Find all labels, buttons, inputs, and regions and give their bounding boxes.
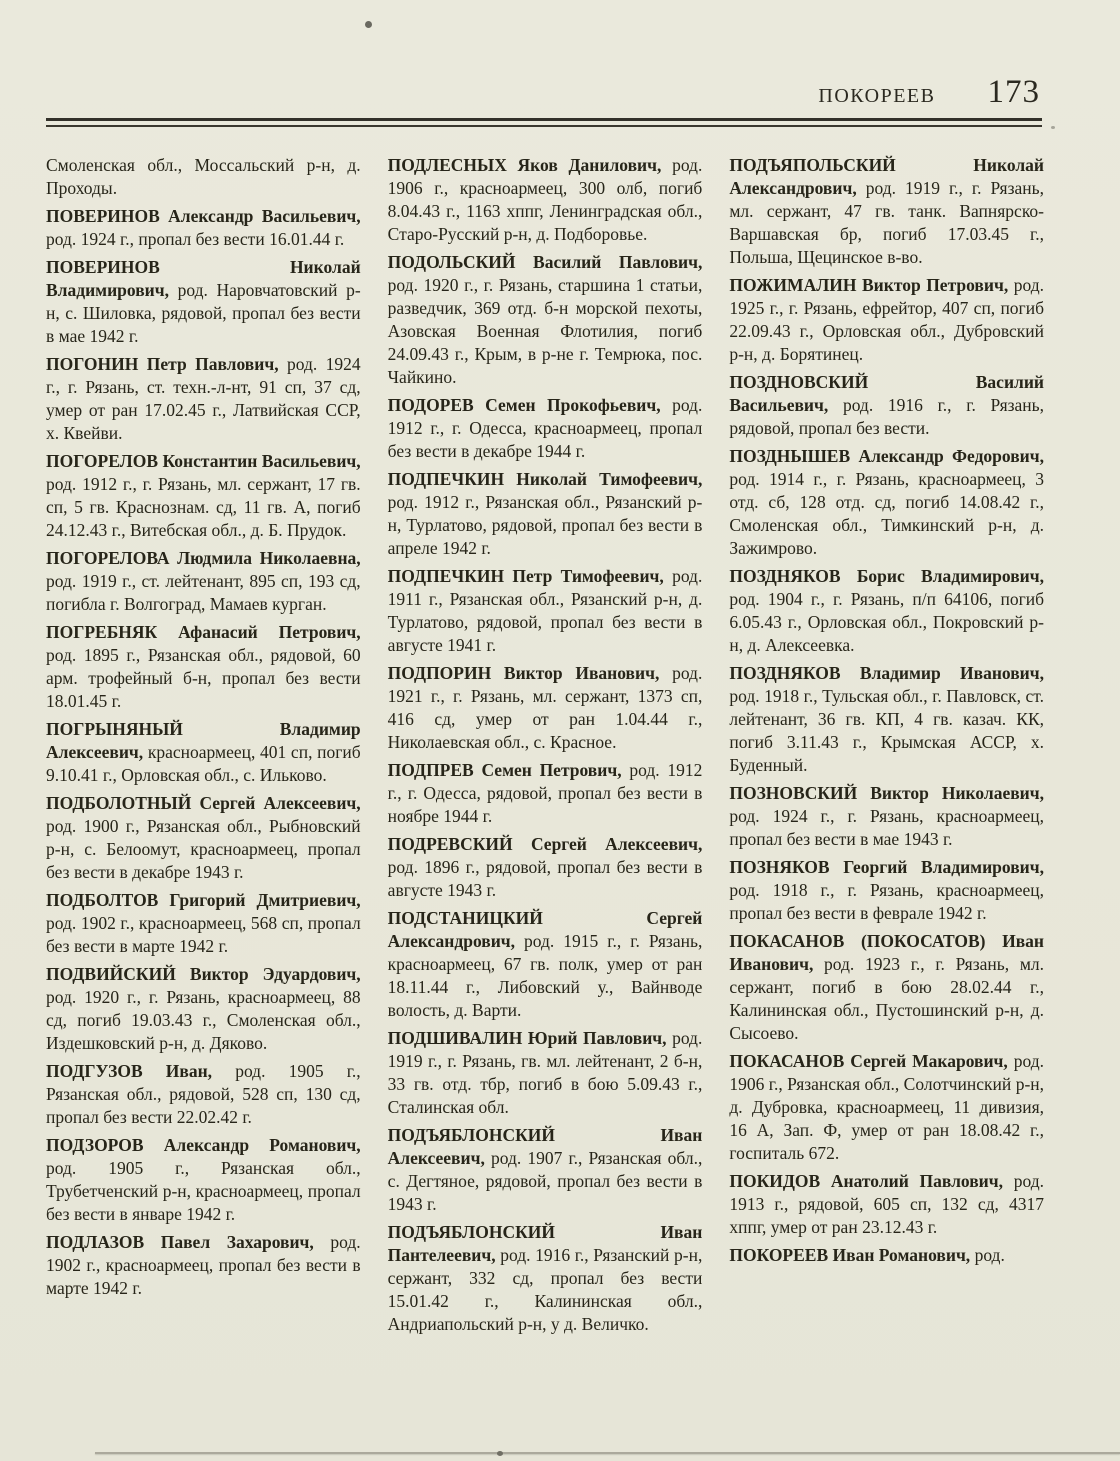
entry-name: ПОДОРЕВ Семен Прокофьевич,	[388, 395, 672, 415]
entry-name: ПОГОРЕЛОВ Константин Васильевич,	[46, 451, 361, 471]
memorial-entry: ПОЗДНОВСКИЙ Василий Васильевич, род. 191…	[729, 371, 1044, 440]
entry-name: ПОКАСАНОВ (ПОКОСАТОВ) Иван Иванович,	[729, 931, 1044, 974]
entry-name: ПОДВИЙСКИЙ Виктор Эдуардович,	[46, 964, 361, 984]
entry-name: ПОДПРЕВ Семен Петрович,	[388, 760, 630, 780]
entry-name: ПОДПОРИН Виктор Иванович,	[388, 663, 672, 683]
entry-name: ПОВЕРИНОВ Александр Васильевич,	[46, 206, 361, 226]
text-column: ПОДЛЕСНЫХ Яков Данилович, род. 1906 г., …	[388, 154, 703, 1341]
entry-name: ПОДШИВАЛИН Юрий Павлович,	[388, 1028, 672, 1048]
entry-name: ПОДГУЗОВ Иван,	[46, 1061, 235, 1081]
running-head: ПОКОРЕЕВ	[818, 85, 935, 108]
memorial-entry: ПОЖИМАЛИН Виктор Петрович, род. 1925 г.,…	[729, 274, 1044, 366]
entry-name: ПОЖИМАЛИН Виктор Петрович,	[729, 275, 1013, 295]
memorial-entry: ПОГОРЕЛОВА Людмила Николаевна, род. 1919…	[46, 547, 361, 616]
entry-name: ПОДПЕЧКИН Петр Тимофеевич,	[388, 566, 672, 586]
text-column: Смоленская обл., Моссальский р-н, д. Про…	[46, 154, 361, 1341]
memorial-entry: ПОДСТАНИЦКИЙ Сергей Александрович, род. …	[388, 907, 703, 1022]
memorial-entry: Смоленская обл., Моссальский р-н, д. Про…	[46, 154, 361, 200]
scan-speck	[365, 21, 372, 28]
page-number: 173	[988, 74, 1041, 111]
memorial-entry: ПОДВИЙСКИЙ Виктор Эдуардович, род. 1920 …	[46, 963, 361, 1055]
entry-name: ПОДБОЛОТНЫЙ Сергей Алексеевич,	[46, 793, 361, 813]
entry-name: ПОЗДНЫШЕВ Александр Федорович,	[729, 446, 1044, 466]
memorial-entry: ПОДПОРИН Виктор Иванович, род. 1921 г., …	[388, 662, 703, 754]
memorial-entry: ПОДПЕЧКИН Николай Тимофеевич, род. 1912 …	[388, 468, 703, 560]
memorial-entry: ПОДПЕЧКИН Петр Тимофеевич, род. 1911 г.,…	[388, 565, 703, 657]
entry-name: ПОДЗОРОВ Александр Романович,	[46, 1135, 361, 1155]
memorial-entry: ПОЗНОВСКИЙ Виктор Николаевич, род. 1924 …	[729, 782, 1044, 851]
entry-name: ПОДЪЯБЛОНСКИЙ Иван Пантелеевич,	[388, 1222, 703, 1265]
memorial-entry: ПОДОРЕВ Семен Прокофьевич, род. 1912 г.,…	[388, 394, 703, 463]
memorial-entry: ПОВЕРИНОВ Николай Владимирович, род. Нар…	[46, 256, 361, 348]
text-column: ПОДЪЯПОЛЬСКИЙ Николай Александрович, род…	[729, 154, 1044, 1341]
entry-name: ПОДБОЛТОВ Григорий Дмитриевич,	[46, 890, 361, 910]
memorial-entry: ПОДГУЗОВ Иван, род. 1905 г., Рязанская о…	[46, 1060, 361, 1129]
memorial-entry: ПОГРЕБНЯК Афанасий Петрович, род. 1895 г…	[46, 621, 361, 713]
scan-speck	[1051, 126, 1055, 129]
entry-name: ПОДЪЯПОЛЬСКИЙ Николай Александрович,	[729, 155, 1044, 198]
entry-name: ПОЗДНЯКОВ Борис Владимирович,	[729, 566, 1044, 586]
entry-name: ПОГРЫНЯНЫЙ Владимир Алексеевич,	[46, 719, 361, 762]
entry-name: ПОЗДНЯКОВ Владимир Иванович,	[729, 663, 1044, 683]
memorial-entry: ПОГРЫНЯНЫЙ Владимир Алексеевич, красноар…	[46, 718, 361, 787]
memorial-entry: ПОЗДНЯКОВ Владимир Иванович, род. 1918 г…	[729, 662, 1044, 777]
entry-name: ПОЗДНОВСКИЙ Василий Васильевич,	[729, 372, 1044, 415]
entry-name: ПОКАСАНОВ Сергей Макарович,	[729, 1051, 1013, 1071]
entry-name: ПОГОРЕЛОВА Людмила Николаевна,	[46, 548, 361, 568]
entry-name: ПОЗНОВСКИЙ Виктор Николаевич,	[729, 783, 1044, 803]
memorial-entry: ПОГОНИН Петр Павлович, род. 1924 г., г. …	[46, 353, 361, 445]
entry-name: ПОДРЕВСКИЙ Сергей Алексеевич,	[388, 834, 703, 854]
memorial-entry: ПОДОЛЬСКИЙ Василий Павлович, род. 1920 г…	[388, 251, 703, 389]
entry-name: ПОДЪЯБЛОНСКИЙ Иван Алексеевич,	[388, 1125, 703, 1168]
entry-name: ПОВЕРИНОВ Николай Владимирович,	[46, 257, 361, 300]
text-columns: Смоленская обл., Моссальский р-н, д. Про…	[0, 127, 1120, 1341]
entry-name: ПОЗНЯКОВ Георгий Владимирович,	[729, 857, 1044, 877]
memorial-entry: ПОДЪЯБЛОНСКИЙ Иван Пантелеевич, род. 191…	[388, 1221, 703, 1336]
entry-name: ПОГРЕБНЯК Афанасий Петрович,	[46, 622, 361, 642]
memorial-entry: ПОКАСАНОВ Сергей Макарович, род. 1906 г.…	[729, 1050, 1044, 1165]
header-double-rule	[46, 118, 1042, 127]
entry-name: ПОДСТАНИЦКИЙ Сергей Александрович,	[388, 908, 703, 951]
memorial-entry: ПОДПРЕВ Семен Петрович, род. 1912 г., г.…	[388, 759, 703, 828]
memorial-entry: ПОДБОЛТОВ Григорий Дмитриевич, род. 1902…	[46, 889, 361, 958]
memorial-entry: ПОДЪЯБЛОНСКИЙ Иван Алексеевич, род. 1907…	[388, 1124, 703, 1216]
entry-name: ПОДПЕЧКИН Николай Тимофеевич,	[388, 469, 703, 489]
scan-edge-line	[95, 1452, 1120, 1454]
memorial-entry: ПОКАСАНОВ (ПОКОСАТОВ) Иван Иванович, род…	[729, 930, 1044, 1045]
memorial-entry: ПОКОРЕЕВ Иван Романович, род.	[729, 1244, 1044, 1267]
memorial-entry: ПОЗНЯКОВ Георгий Владимирович, род. 1918…	[729, 856, 1044, 925]
memorial-entry: ПОДЛЕСНЫХ Яков Данилович, род. 1906 г., …	[388, 154, 703, 246]
memorial-entry: ПОДШИВАЛИН Юрий Павлович, род. 1919 г., …	[388, 1027, 703, 1119]
memorial-book-page: ПОКОРЕЕВ 173 Смоленская обл., Моссальски…	[0, 0, 1120, 1461]
memorial-entry: ПОКИДОВ Анатолий Павлович, род. 1913 г.,…	[729, 1170, 1044, 1239]
memorial-entry: ПОЗДНЯКОВ Борис Владимирович, род. 1904 …	[729, 565, 1044, 657]
memorial-entry: ПОДРЕВСКИЙ Сергей Алексеевич, род. 1896 …	[388, 833, 703, 902]
memorial-entry: ПОГОРЕЛОВ Константин Васильевич, род. 19…	[46, 450, 361, 542]
entry-name: ПОГОНИН Петр Павлович,	[46, 354, 287, 374]
memorial-entry: ПОЗДНЫШЕВ Александр Федорович, род. 1914…	[729, 445, 1044, 560]
memorial-entry: ПОДБОЛОТНЫЙ Сергей Алексеевич, род. 1900…	[46, 792, 361, 884]
entry-name: ПОДЛАЗОВ Павел Захарович,	[46, 1232, 330, 1252]
entry-name: ПОДОЛЬСКИЙ Василий Павлович,	[388, 252, 703, 272]
entry-name: ПОКОРЕЕВ Иван Романович,	[729, 1245, 974, 1265]
entry-name: ПОКИДОВ Анатолий Павлович,	[729, 1171, 1013, 1191]
page-header: ПОКОРЕЕВ 173	[0, 0, 1120, 111]
entry-name: ПОДЛЕСНЫХ Яков Данилович,	[388, 155, 672, 175]
memorial-entry: ПОДЗОРОВ Александр Романович, род. 1905 …	[46, 1134, 361, 1226]
memorial-entry: ПОДЛАЗОВ Павел Захарович, род. 1902 г., …	[46, 1231, 361, 1300]
memorial-entry: ПОДЪЯПОЛЬСКИЙ Николай Александрович, род…	[729, 154, 1044, 269]
memorial-entry: ПОВЕРИНОВ Александр Васильевич, род. 192…	[46, 205, 361, 251]
